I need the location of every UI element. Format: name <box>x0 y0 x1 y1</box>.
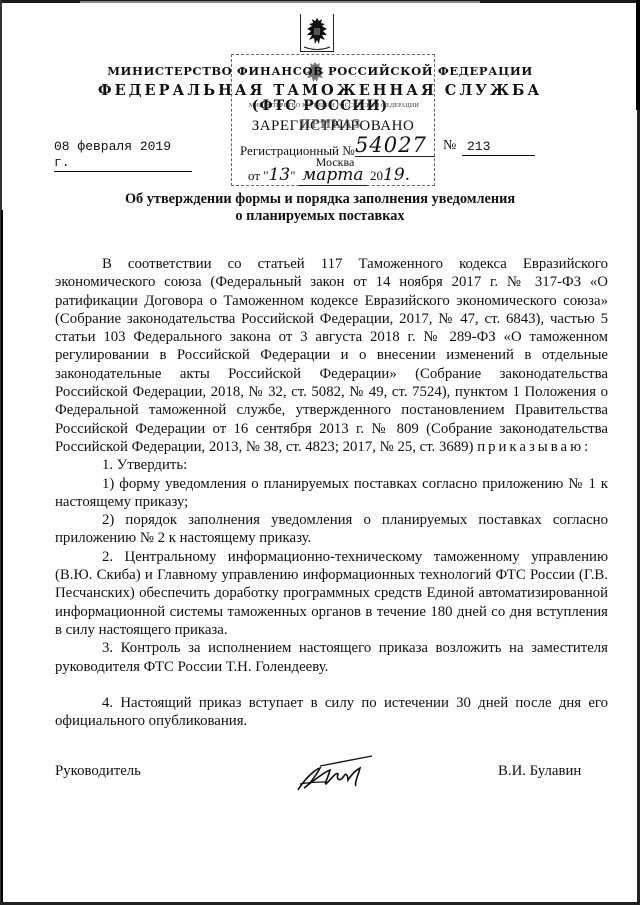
preamble-text: В соответствии со статьей 117 Таможенног… <box>55 256 608 455</box>
stamp-date-quote: " <box>290 168 295 183</box>
stamp-date-day: 13 <box>269 165 291 185</box>
stamp-date-year-suffix: 19. <box>383 165 410 185</box>
order-word: приказываю: <box>477 439 591 455</box>
signer-name: В.И. Булавин <box>498 763 581 780</box>
stamp-ministry-text: МИНИСТЕРСТВО ЮСТИЦИИ РОССИЙСКОЙ ФЕДЕРАЦИ… <box>238 103 430 109</box>
document-title: Об утверждении формы и порядка заполнени… <box>0 191 640 225</box>
title-line-1: Об утверждении формы и порядка заполнени… <box>0 191 640 208</box>
stamp-date-prefix: от " <box>248 168 269 183</box>
item-4: 4. Настоящий приказ вступает в силу по и… <box>55 694 608 731</box>
ministry-heading: МИНИСТЕРСТВО ФИНАНСОВ РОССИЙСКОЙ ФЕДЕРАЦ… <box>0 64 640 78</box>
item-3: 3. Контроль за исполнением настоящего пр… <box>55 639 608 676</box>
document-number-label: № <box>443 138 456 154</box>
coat-of-arms-icon <box>300 14 334 52</box>
stamp-date: от "13" марта 2019. <box>248 165 410 186</box>
item-1: 1. Утвердить: <box>55 456 608 474</box>
scan-border-top-faded <box>80 1 480 3</box>
item-2: 2. Центральному информационно-техническо… <box>55 548 608 639</box>
handwritten-signature-icon <box>290 752 380 796</box>
document-date: 08 февраля 2019 г. <box>54 139 192 172</box>
item-1-2: 2) порядок заполнения уведомления о план… <box>55 511 608 548</box>
document-number: 213 <box>462 139 535 156</box>
stamp-date-month: марта <box>299 165 367 186</box>
stamp-overprint-text: ПРИКАЗ <box>270 117 390 131</box>
service-heading: ФЕДЕРАЛЬНАЯ ТАМОЖЕННАЯ СЛУЖБА <box>0 82 640 99</box>
document-body: В соответствии со статьей 117 Таможенног… <box>55 255 608 730</box>
item-1-1: 1) форму уведомления о планируемых поста… <box>55 475 608 512</box>
signer-role: Руководитель <box>55 763 141 780</box>
stamp-registration-number: 54027 <box>355 134 435 157</box>
preamble-paragraph: В соответствии со статьей 117 Таможенног… <box>55 255 608 456</box>
scan-border-left-dark <box>1 210 3 905</box>
stamp-date-year-prefix: 20 <box>370 168 383 183</box>
title-line-2: о планируемых поставках <box>0 208 640 225</box>
